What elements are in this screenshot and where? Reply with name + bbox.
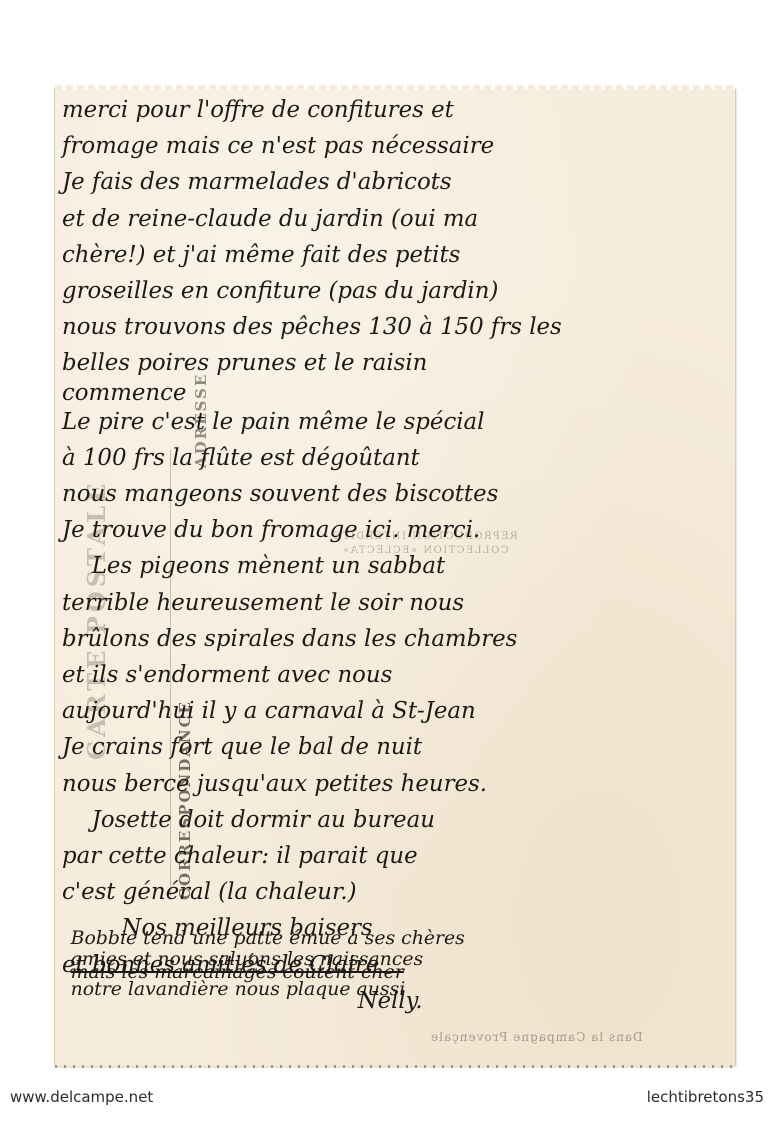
letter-line: Le pire c'est le pain même le spécial — [62, 404, 727, 440]
letter-line: Je trouve du bon fromage ici. merci. — [62, 512, 727, 548]
watermark-seller: lechtibretons35 — [647, 1088, 764, 1106]
letter-line: brûlons des spirales dans les chambres — [62, 621, 727, 657]
letter-line: fromage mais ce n'est pas nécessaire — [62, 128, 727, 164]
letter-line: groseilles en confiture (pas du jardin) — [62, 273, 727, 309]
letter-line: chère!) et j'ai même fait des petits — [62, 237, 727, 273]
letter-line: Josette doit dormir au bureau — [62, 802, 727, 838]
letter-line: nous berce jusqu'aux petites heures. — [62, 766, 727, 802]
letter-line: aujourd'hui il y a carnaval à St-Jean — [62, 693, 727, 729]
letter-line: Je fais des marmelades d'abricots — [62, 164, 727, 200]
letter-line: nous mangeons souvent des biscottes — [62, 476, 727, 512]
letter-line: Les pigeons mènent un sabbat — [62, 548, 727, 584]
letter-line: merci pour l'offre de confitures et — [62, 92, 727, 128]
letter-line: nous trouvons des pêches 130 à 150 frs l… — [62, 309, 727, 345]
postscript: Bobbie tend une patte émue à ses chères … — [68, 928, 733, 1000]
letter-line: par cette chaleur: il parait que — [62, 838, 727, 874]
letter-line: et de reine-claude du jardin (oui ma — [62, 201, 727, 237]
letter-line: terrible heureusement le soir nous — [62, 585, 727, 621]
letter-line: belles poires prunes et le raisin — [62, 345, 727, 381]
letter-line: commence — [62, 382, 727, 404]
watermark-site: www.delcampe.net — [10, 1088, 153, 1106]
printed-footer-caption: Dans la Campagne Provençale — [430, 1030, 643, 1044]
letter-line: et ils s'endorment avec nous — [62, 657, 727, 693]
letter-line: c'est général (la chaleur.) — [62, 874, 727, 910]
handwritten-letter: merci pour l'offre de confitures et from… — [62, 92, 732, 1019]
postscript-line: Bobbie tend une patte émue à ses chères — [71, 928, 731, 949]
letter-line: Je crains fort que le bal de nuit — [62, 729, 727, 765]
postscript-line: notre lavandière nous plaque aussi — [71, 979, 731, 1000]
letter-line: à 100 frs la flûte est dégoûtant — [62, 440, 727, 476]
